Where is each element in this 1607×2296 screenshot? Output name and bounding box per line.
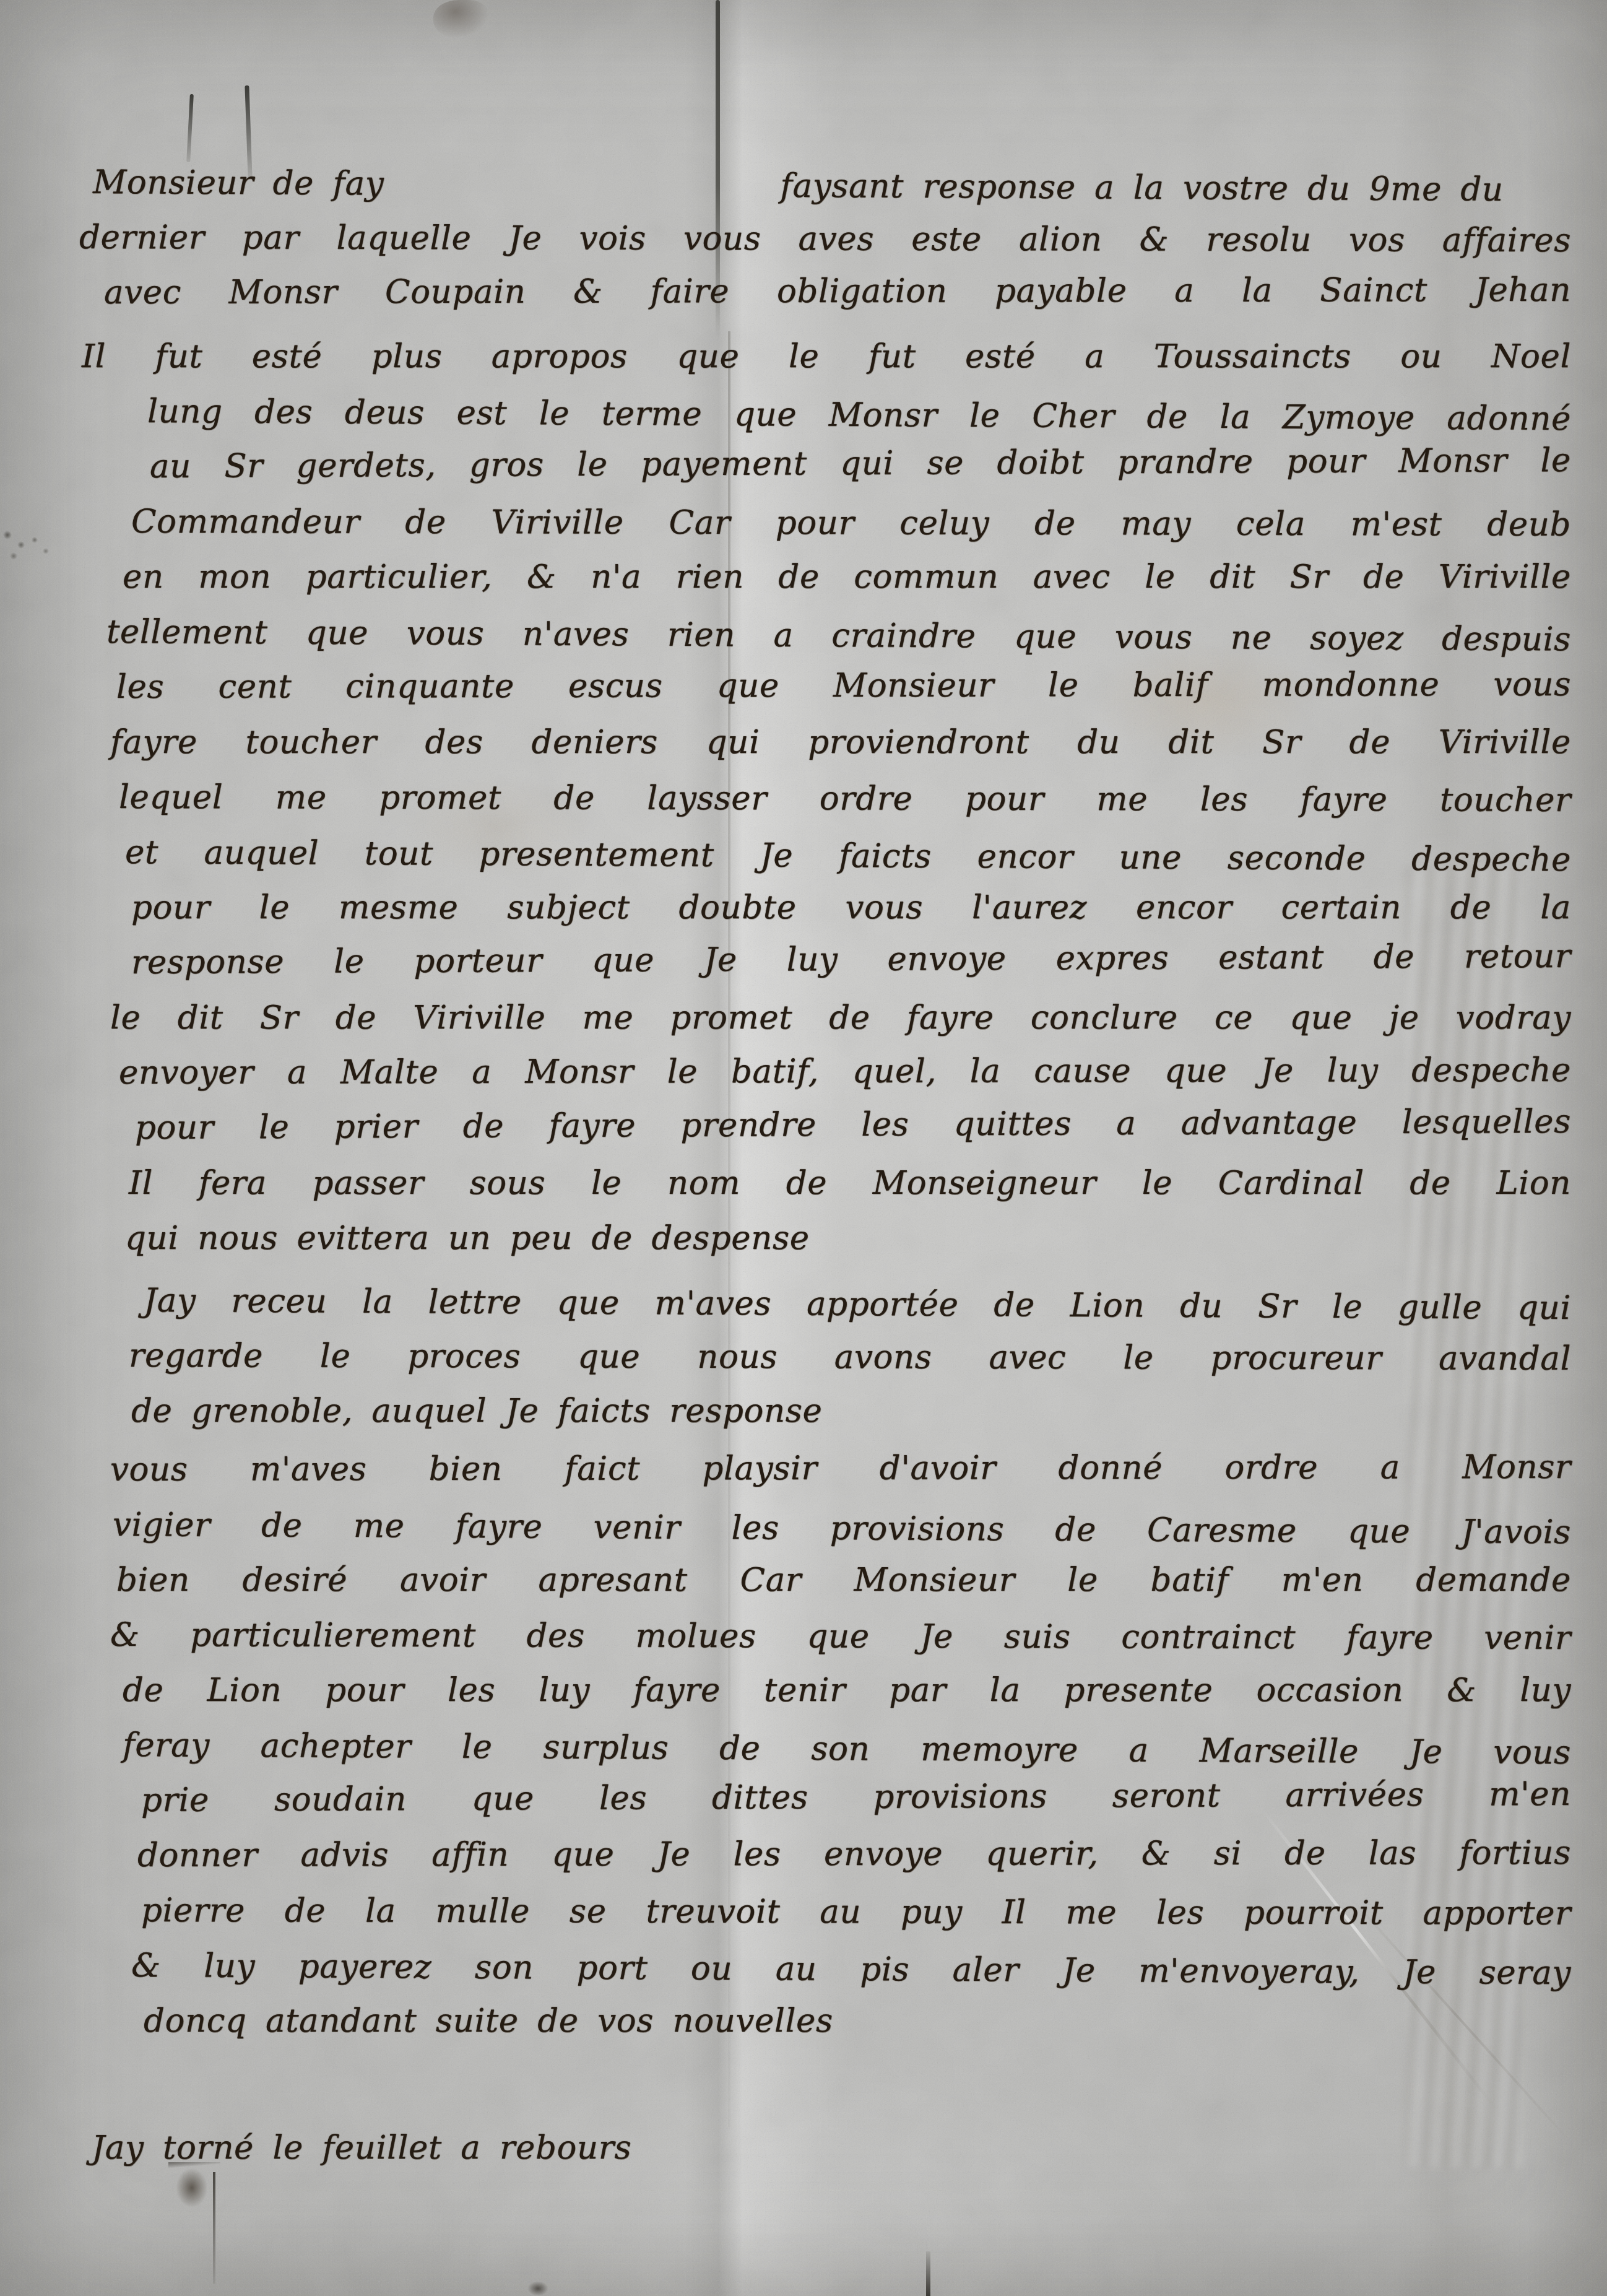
manuscript-line: & luy payerez son port ou au pis aler Je…	[131, 1939, 1571, 2002]
manuscript-line: le dit Sr de Viriville me promet de fayr…	[110, 991, 1571, 1046]
manuscript-line: avec Monsr Coupain & faire obligation pa…	[104, 264, 1571, 321]
manuscript-line: response le porteur que Je luy envoye ex…	[131, 930, 1571, 991]
bottom-tear-hole	[527, 2281, 548, 2296]
manuscript-line: en mon particulier, & n'a rien de commun…	[123, 550, 1571, 606]
manuscript-line: prie soudain que les dittes provisions s…	[141, 1768, 1571, 1829]
manuscript-line: donner advis affin que Je les envoye que…	[137, 1827, 1571, 1884]
manuscript-line: dernier par laquelle Je vois vous aves e…	[79, 211, 1571, 269]
manuscript-line: les cent cinquante escus que Monsieur le…	[116, 658, 1571, 716]
manuscript-line: & particulierement des molues que Je sui…	[110, 1609, 1571, 1667]
manuscript-line: doncq atandant suite de vos nouvelles	[144, 1994, 1607, 2050]
manuscript-line: fayre toucher des deniers qui proviendro…	[110, 716, 1571, 771]
paper-tear-slit	[186, 94, 194, 162]
manuscript-line: bien desiré avoir apresant Car Monsieur …	[116, 1554, 1571, 1609]
manuscript-page: Monsieur de fayfaysant response a la vos…	[0, 0, 1607, 2296]
manuscript-line: Jay torné le feuillet a rebours	[92, 2121, 1607, 2176]
manuscript-line: vigier de me fayre venir les provisions …	[113, 1498, 1571, 1561]
manuscript-lines: Monsieur de fayfaysant response a la vos…	[0, 156, 1607, 2176]
manuscript-line-segment: faysant response a la vostre du 9me du	[780, 160, 1504, 217]
manuscript-line: Il fut esté plus apropos que le fut esté…	[82, 330, 1571, 385]
manuscript-line: pour le mesme subject doubte vous l'aure…	[131, 881, 1571, 936]
manuscript-line: regarde le proces que nous avons avec le…	[129, 1329, 1571, 1388]
manuscript-line: de grenoble, auquel Je faicts response	[131, 1385, 1607, 1440]
manuscript-line: pour le prier de fayre prendre les quitt…	[135, 1095, 1571, 1157]
manuscript-line: Monsieur de fayfaysant response a la vos…	[93, 156, 1607, 219]
manuscript-line: Il fera passer sous le nom de Monseigneu…	[129, 1157, 1571, 1212]
manuscript-line: de Lion pour les luy fayre tenir par la …	[123, 1664, 1571, 1719]
manuscript-line-segment: Monsieur de fay	[93, 156, 384, 211]
manuscript-line: qui nous evittera un peu de despense	[125, 1212, 1607, 1267]
manuscript-line: lequel me promet de laysser ordre pour m…	[119, 771, 1571, 829]
manuscript-line: Commandeur de Viriville Car pour celuy d…	[131, 495, 1571, 554]
bottom-tear-slit	[213, 2172, 215, 2284]
manuscript-line: envoyer a Malte a Monsr le batif, quel, …	[119, 1044, 1571, 1102]
top-edge-smudge	[433, 0, 489, 38]
manuscript-line: au Sr gerdets, gros le payement qui se d…	[150, 434, 1571, 495]
manuscript-line: et auquel tout presentement Je faicts en…	[125, 826, 1571, 889]
manuscript-line: vous m'aves bien faict playsir d'avoir d…	[110, 1441, 1571, 1498]
manuscript-line: pierre de la mulle se treuvoit au puy Il…	[141, 1884, 1571, 1942]
manuscript-line: Jay receu la lettre que m'aves apportée …	[144, 1274, 1571, 1337]
bottom-tear-slit	[926, 2251, 930, 2296]
